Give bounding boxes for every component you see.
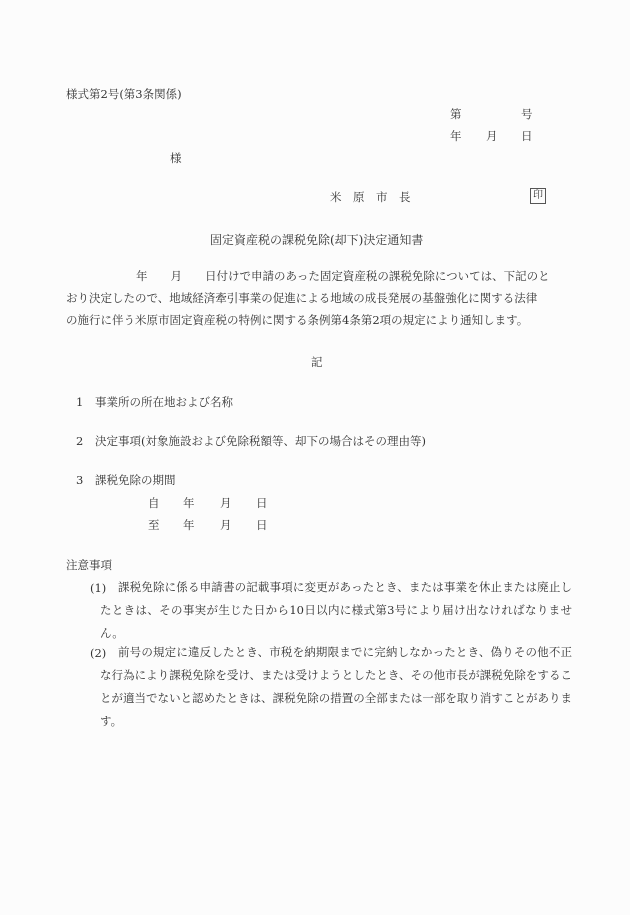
- item-3-num: 3: [76, 472, 83, 488]
- item-2-label: 決定事項(対象施設および免除税額等、却下の場合はその理由等): [95, 433, 426, 449]
- date-month: 月: [486, 128, 498, 144]
- form-id: 様式第2号(第3条関係): [66, 86, 182, 102]
- issuer: 米 原 市 長: [330, 189, 411, 205]
- item-3-label: 課税免除の期間: [95, 472, 176, 488]
- number-prefix: 第: [450, 106, 462, 122]
- period-to-label: 至: [148, 517, 160, 533]
- period-to-year: 年: [183, 517, 195, 533]
- period-from-year: 年: [183, 495, 195, 511]
- date-year: 年: [450, 128, 462, 144]
- body-paragraph: 年 月 日付けで申請のあった固定資産税の課税免除については、下記のと おり決定し…: [66, 265, 572, 331]
- item-1-num: 1: [76, 394, 83, 410]
- note-2: 前号の規定に違反したとき、市税を納期限までに完納しなかったとき、偽りその他不正な…: [100, 641, 572, 733]
- note-1-text: 課税免除に係る申請書の記載事項に変更があったとき、または事業を休止または廃止した…: [100, 576, 572, 645]
- notes-heading: 注意事項: [66, 557, 112, 573]
- ki-heading: 記: [311, 354, 323, 370]
- period-from-month: 月: [220, 495, 232, 511]
- body-line-2: おり決定したので、地域経済牽引事業の促進による地域の成長発展の基盤強化に関する法…: [66, 287, 572, 309]
- period-to-day: 日: [256, 517, 268, 533]
- item-1-label: 事業所の所在地および名称: [95, 394, 233, 410]
- body-line-1: 年 月 日付けで申請のあった固定資産税の課税免除については、下記のと: [66, 265, 572, 287]
- seal-icon: 印: [530, 188, 546, 204]
- item-2-num: 2: [76, 433, 83, 449]
- note-1: 課税免除に係る申請書の記載事項に変更があったとき、または事業を休止または廃止した…: [100, 576, 572, 645]
- date-day: 日: [521, 128, 533, 144]
- number-suffix: 号: [521, 106, 533, 122]
- body-line-3: の施行に伴う米原市固定資産税の特例に関する条例第4条第2項の規定により通知します…: [66, 309, 572, 331]
- period-from-day: 日: [256, 495, 268, 511]
- period-from-label: 自: [148, 495, 160, 511]
- addressee-suffix: 様: [170, 150, 182, 166]
- period-to-month: 月: [220, 517, 232, 533]
- document-title: 固定資産税の課税免除(却下)決定通知書: [210, 232, 423, 248]
- note-2-text: 前号の規定に違反したとき、市税を納期限までに完納しなかったとき、偽りその他不正な…: [100, 641, 572, 733]
